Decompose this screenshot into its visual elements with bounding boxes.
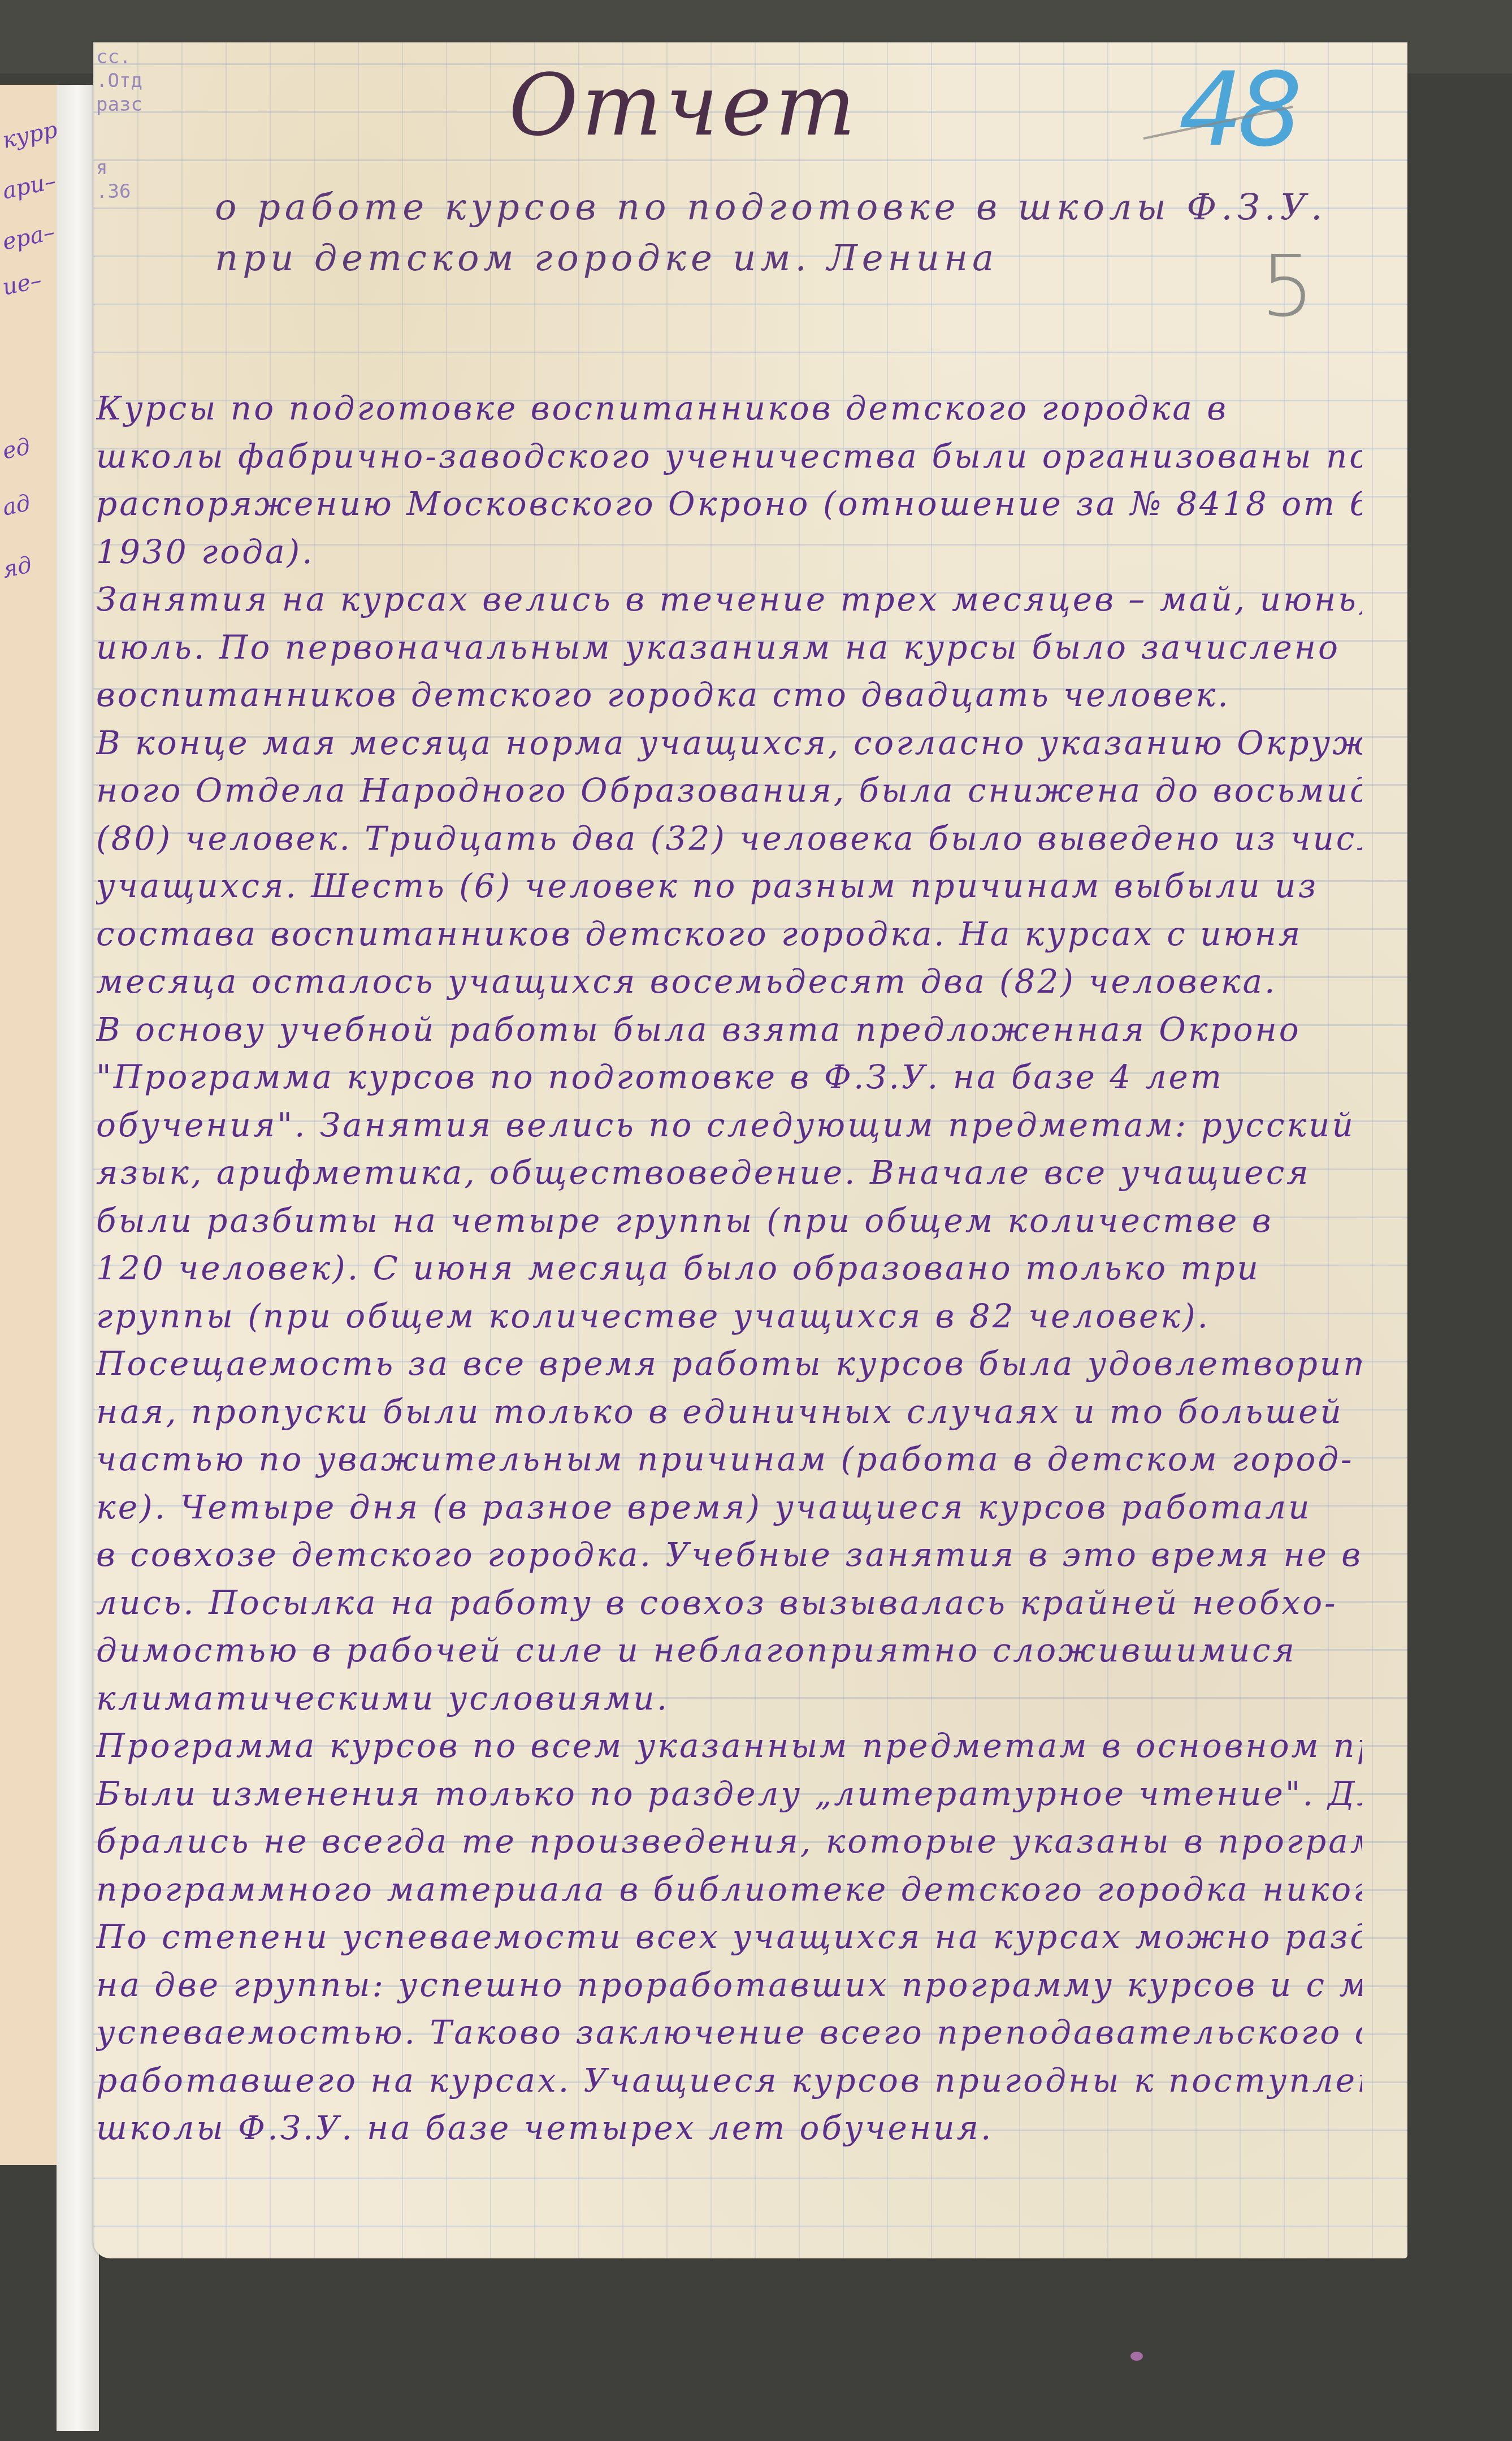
stamp-line: сс. <box>96 45 141 69</box>
body-line: июль. По первоначальным указаниям на кур… <box>96 624 1362 672</box>
body-line: группы (при общем количестве учащихся в … <box>96 1292 1362 1340</box>
left-fragment-text: ие– <box>1 266 55 299</box>
body-line: состава воспитанников детского городка. … <box>96 910 1362 958</box>
body-line: Программа курсов по всем указанным предм… <box>96 1722 1362 1770</box>
stamp-line: разс <box>96 93 141 116</box>
body-line: успеваемостью. Таково заключение всего п… <box>96 2009 1362 2057</box>
body-line: школы Ф.З.У. на базе четырех лет обучени… <box>96 2104 1362 2152</box>
body-line: частью по уважительным причинам (работа … <box>96 1435 1362 1483</box>
left-fragment-text: ед <box>1 430 55 463</box>
adjacent-sheet-fragment: курр ари– ера– ие– ед ад яд <box>0 85 57 2165</box>
body-line: воспитанников детского городка сто двадц… <box>96 671 1362 719</box>
body-line: работавшего на курсах. Учащиеся курсов п… <box>96 2057 1362 2105</box>
body-line: Посещаемость за все время работы курсов … <box>96 1340 1362 1388</box>
body-line: Занятия на курсах велись в течение трех … <box>96 575 1362 624</box>
left-fragment-text: ад <box>1 487 55 520</box>
report-body: Курсы по подготовке воспитанников детско… <box>96 384 1362 2152</box>
binding-strip <box>57 85 99 2431</box>
body-line: В основу учебной работы была взята предл… <box>96 1006 1362 1054</box>
stamp-line: я <box>96 156 141 180</box>
body-line: (80) человек. Тридцать два (32) человека… <box>96 815 1362 863</box>
body-line: По степени успеваемости всех учащихся на… <box>96 1913 1362 1961</box>
body-line: лись. Посылка на работу в совхоз вызывал… <box>96 1579 1362 1627</box>
body-line: были разбиты на четыре группы (при общем… <box>96 1197 1362 1245</box>
body-line: Курсы по подготовке воспитанников детско… <box>96 384 1362 432</box>
body-line: "Программа курсов по подготовке в Ф.З.У.… <box>96 1053 1362 1101</box>
body-line: учащихся. Шесть (6) человек по разным пр… <box>96 862 1362 910</box>
body-line: 120 человек). С июня месяца было образов… <box>96 1244 1362 1292</box>
body-line: 1930 года). <box>96 528 1362 576</box>
body-line: ного Отдела Народного Образования, была … <box>96 767 1362 815</box>
body-line: климатическими условиями. <box>96 1674 1362 1722</box>
left-fragment-text: ера– <box>1 221 55 254</box>
body-line: программного материала в библиотеке детс… <box>96 1866 1362 1914</box>
stamp-line: .36 <box>96 180 141 204</box>
body-line: брались не всегда те произведения, котор… <box>96 1817 1362 1866</box>
body-line: распоряжению Московского Окроно (отношен… <box>96 480 1362 528</box>
body-line: язык, арифметика, обществоведение. Внача… <box>96 1149 1362 1197</box>
body-line: месяца осталось учащихся восемьдесят два… <box>96 958 1362 1006</box>
subtitle-line-2: при детском городке им. Ленина <box>215 237 1289 279</box>
body-line: В конце мая месяца норма учащихся, согла… <box>96 719 1362 767</box>
subtitle-line-1: о работе курсов по подготовке в школы Ф.… <box>215 187 1289 228</box>
ink-spot <box>1130 2352 1143 2361</box>
left-fragment-text: яд <box>1 549 55 582</box>
body-line: на две группы: успешно проработавших про… <box>96 1961 1362 2009</box>
body-line: школы фабрично-заводского ученичества бы… <box>96 432 1362 481</box>
body-line: ная, пропуски были только в единичных сл… <box>96 1388 1362 1436</box>
body-line: ке). Четыре дня (в разное время) учащиес… <box>96 1483 1362 1531</box>
page-title: Отчет <box>509 57 859 155</box>
stamp-line: .Отд <box>96 69 141 93</box>
left-fragment-text: курр <box>1 119 55 152</box>
archive-stamp: сс. .Отд разс я .36 <box>96 45 141 204</box>
body-line: в совхозе детского городка. Учебные заня… <box>96 1531 1362 1579</box>
body-line: димостью в рабочей силе и неблагоприятно… <box>96 1626 1362 1674</box>
left-fragment-text: ари– <box>1 170 55 203</box>
body-line: Были изменения только по разделу „литера… <box>96 1770 1362 1818</box>
body-line: обучения". Занятия велись по следующим п… <box>96 1101 1362 1149</box>
